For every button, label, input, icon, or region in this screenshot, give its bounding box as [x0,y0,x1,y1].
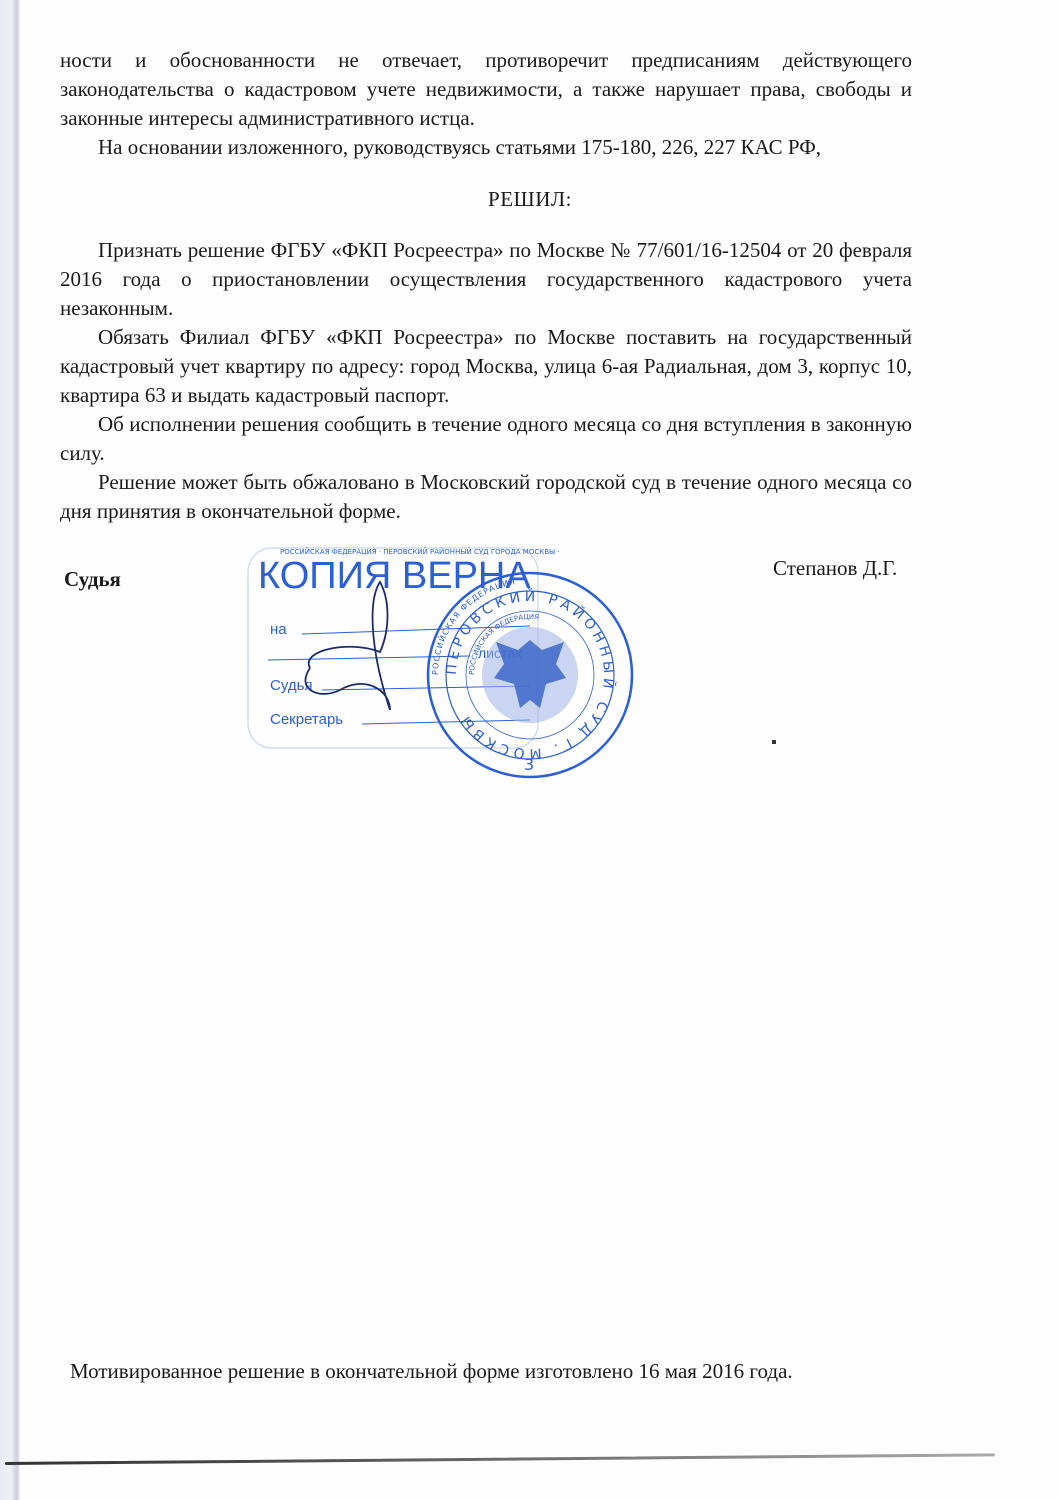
decision-paragraph-2: Обязать Филиал ФГБУ «ФКП Росреестра» по … [60,323,912,410]
intro-text: ности и обоснованности не отвечает, прот… [60,46,912,162]
svg-text:3: 3 [524,755,534,774]
decision-heading: РЕШИЛ: [0,187,1060,212]
decision-paragraph-3: Об исполнении решения сообщить в течение… [60,410,912,468]
scan-speck [772,740,776,744]
final-form-note: Мотивированное решение в окончательной ф… [70,1359,793,1384]
svg-text:Секретарь: Секретарь [270,711,343,728]
decision-paragraph-4: Решение может быть обжаловано в Московск… [60,468,912,526]
decision-paragraph-1: Признать решение ФГБУ «ФКП Росреестра» п… [60,236,912,323]
paragraph-continuation: ности и обоснованности не отвечает, прот… [60,46,912,133]
court-seal: РОССИЙСКАЯ ФЕДЕРАЦИЯ ПЕРОВСКИЙ РАЙОННЫЙ … [428,573,632,777]
svg-text:на: на [270,621,287,638]
judge-name: Степанов Д.Г. [773,556,897,581]
decision-text: Признать решение ФГБУ «ФКП Росреестра» п… [60,236,912,526]
judge-label: Судья [64,567,121,592]
signature-scribble [305,582,390,710]
stamp-area: РОССИЙСКАЯ ФЕДЕРАЦИЯ · ПЕРОВСКИЙ РАЙОННЫ… [240,540,660,815]
paragraph-grounds: На основании изложенного, руководствуясь… [60,133,912,162]
scan-page-edge [0,0,20,1500]
